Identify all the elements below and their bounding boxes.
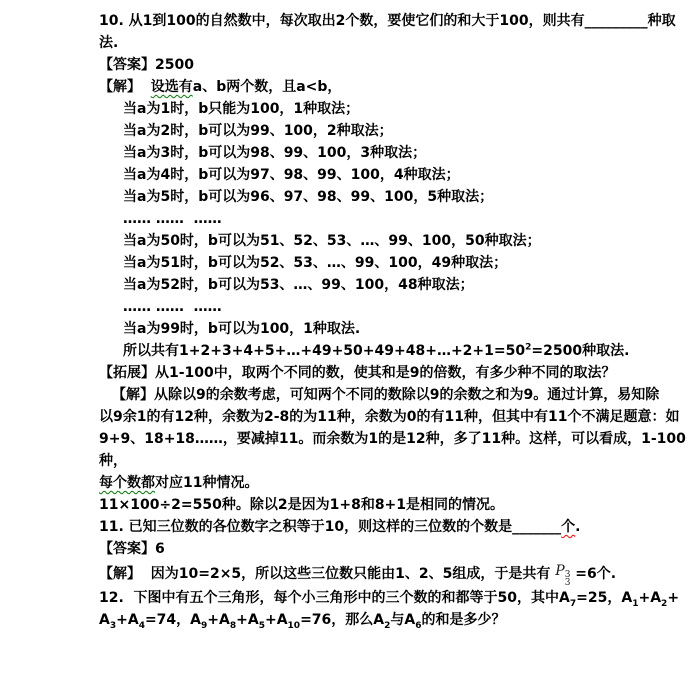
grammar-marked-text: 每个数都: [99, 475, 155, 491]
q10-case-a4: 当a为4时，b可以为97、98、99、100，4种取法；: [99, 164, 692, 186]
text-run: +A: [265, 612, 288, 628]
q10-case-a5: 当a为5时，b可以为96、97、98、99、100，5种取法；: [99, 186, 692, 208]
text-run: =25，A: [576, 590, 632, 606]
q10-ext-formula-line: 11×100÷2=550种。除以2是因为1+8和8+1是相同的情况。: [99, 494, 692, 516]
question-12-block: 12. 下图中有五个三角形，每个小三角形中的三个数的和都等于50，其中A7=25…: [99, 587, 692, 631]
text-run: =74，A: [145, 612, 201, 628]
text-run: 12. 下图中有五个三角形，每个小三角形中的三个数的和都等于50，其中A: [99, 590, 570, 606]
q11-question: 11. 已知三位数的各位数字之积等于10，则这样的三位数的个数是_______个…: [99, 516, 692, 538]
text-run: 【解】: [99, 79, 151, 95]
text-run: 与A: [390, 612, 415, 628]
text-run: +A: [116, 612, 139, 628]
q10-ext-solution-line4: 每个数都对应11种情况。: [99, 472, 692, 494]
q10-ellipsis-1: …… …… ……: [99, 208, 692, 230]
text-run: +A: [236, 612, 259, 628]
text-run: 10: [288, 621, 301, 631]
text-run: =76，那么A: [300, 612, 384, 628]
q10-case-a51: 当a为51时，b可以为52、53、…、99、100，49种取法；: [99, 252, 692, 274]
text-run: A: [99, 612, 110, 628]
q10-question-line2: 法.: [99, 32, 692, 54]
text-run: +A: [207, 612, 230, 628]
text-run: a、b两个数，且a<b，: [193, 79, 342, 95]
text-run: +: [667, 590, 679, 606]
text-run: =2500种取法.: [531, 343, 629, 359]
question-10-block: 10. 从1到100的自然数中，每次取出2个数，要使它们的和大于100，则共有_…: [99, 10, 692, 516]
q10-solution-intro: 【解】 设选有a、b两个数，且a<b，: [99, 76, 692, 98]
text-run: 的和是多少？: [422, 612, 506, 628]
text-run: 11. 已知三位数的各位数字之积等于10，则这样的三位数的个数是_______: [99, 519, 561, 535]
q12-question-line2: A3+A4=74，A9+A8+A5+A10=76，那么A2与A6的和是多少？: [99, 609, 692, 631]
q10-case-a1: 当a为1时，b只能为100，1种取法；: [99, 98, 692, 120]
q10-ext-solution-line1: 【解】从除以9的余数考虑，可知两个不同的数除以9的余数之和为9。通过计算，易知除: [99, 384, 692, 406]
text-run: +A: [638, 590, 661, 606]
grammar-marked-text: 设选有: [151, 79, 193, 95]
q10-ellipsis-2: …… …… ……: [99, 296, 692, 318]
q11-answer: 【答案】6: [99, 538, 692, 560]
q12-question-line1: 12. 下图中有五个三角形，每个小三角形中的三个数的和都等于50，其中A7=25…: [99, 587, 692, 609]
question-11-block: 11. 已知三位数的各位数字之积等于10，则这样的三位数的个数是_______个…: [99, 516, 692, 587]
text-run: =6个.: [570, 566, 616, 582]
q10-extension-question: 【拓展】从1-100中，取两个不同的数，使其和是9的倍数，有多少种不同的取法？: [99, 362, 692, 384]
spellcheck-marked-text: 个: [561, 519, 575, 535]
q10-sum-line: 所以共有1+2+3+4+5+…+49+50+49+48+…+2+1=502=25…: [99, 340, 692, 362]
q10-case-a2: 当a为2时，b可以为99、100，2种取法；: [99, 120, 692, 142]
q10-question-line1: 10. 从1到100的自然数中，每次取出2个数，要使它们的和大于100，则共有_…: [99, 10, 692, 32]
q11-solution: 【解】 因为10=2×5，所以这些三位数只能由1、2、5组成，于是共有 P33 …: [99, 560, 692, 587]
q10-case-a52: 当a为52时，b可以为53、…、99、100，48种取法；: [99, 274, 692, 296]
permutation-formula: P33: [555, 560, 570, 587]
q10-case-a3: 当a为3时，b可以为98、99、100，3种取法；: [99, 142, 692, 164]
q10-answer: 【答案】2500: [99, 54, 692, 76]
text-run: 所以共有1+2+3+4+5+…+49+50+49+48+…+2+1=50: [123, 343, 525, 359]
worksheet-page: 10. 从1到100的自然数中，每次取出2个数，要使它们的和大于100，则共有_…: [0, 0, 700, 631]
q10-ext-solution-line2: 以9余1的有12种，余数为2-8的为11种，余数为0的有11种，但其中有11个不…: [99, 406, 692, 428]
q10-ext-solution-line3: 9+9、18+18……，要减掉11。而余数为1的是12种，多了11种。这样，可以…: [99, 428, 692, 472]
text-run: 【解】 因为10=2×5，所以这些三位数只能由1、2、5组成，于是共有: [99, 566, 555, 582]
q10-case-a50: 当a为50时，b可以为51、52、53、…、99、100，50种取法；: [99, 230, 692, 252]
text-run: .: [575, 519, 580, 535]
q10-case-a99: 当a为99时，b可以为100，1种取法.: [99, 318, 692, 340]
text-run: 对应11种情况。: [155, 475, 258, 491]
